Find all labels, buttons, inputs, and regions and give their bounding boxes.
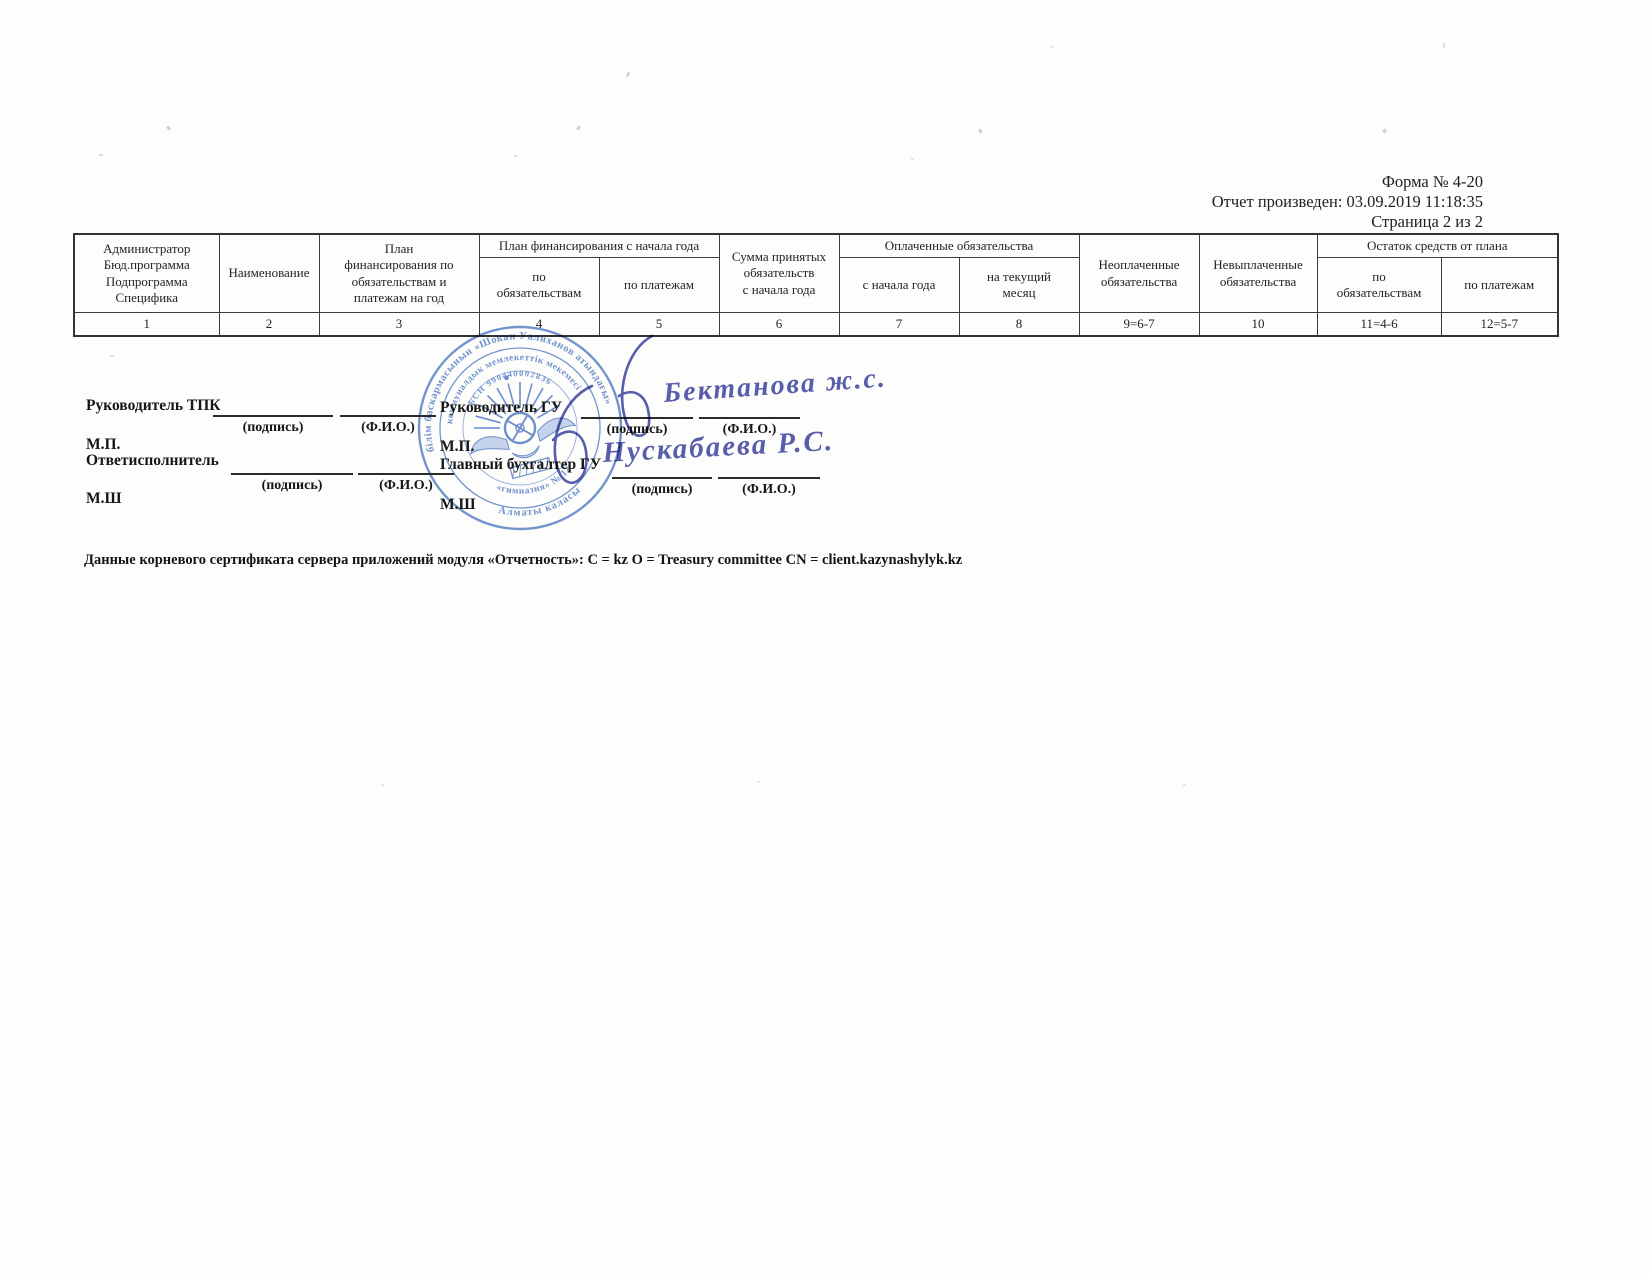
column-number-cell: 9=6-7 [1079, 313, 1199, 337]
scanned-report-page: Форма № 4-20 Отчет произведен: 03.09.201… [0, 0, 1650, 1275]
role-label-executor: Ответисполнитель [86, 452, 219, 470]
group-header-paid-obligations: Оплаченные обязательства [839, 234, 1079, 258]
signature-caption: (подпись) [231, 478, 353, 494]
group-header-plan-remainder: Остаток средств от плана [1317, 234, 1558, 258]
role-label-tpk-head: Руководитель ТПК [86, 397, 221, 415]
scan-speckle [514, 155, 517, 157]
signature-flourish-2 [553, 386, 592, 483]
group-header-plan-ytd: План финансирования с начала года [479, 234, 719, 258]
col-header-name: Наименование [219, 234, 319, 313]
page-number: Страница 2 из 2 [1212, 212, 1483, 232]
scan-speckle [978, 129, 983, 134]
column-number-cell: 10 [1199, 313, 1317, 337]
signature-flourish-1 [619, 336, 652, 436]
subcol-rest-by-obligations: по обязательствам [1317, 258, 1441, 313]
scan-speckle [99, 154, 103, 156]
column-number-cell: 1 [74, 313, 219, 337]
col-header-unpaid-obligations: Неоплаченные обязательства [1079, 234, 1199, 313]
handwritten-name-1: Бектанова ж.с. [661, 362, 887, 409]
subcol-rest-by-payments: по платежам [1441, 258, 1558, 313]
column-number-cell: 2 [219, 313, 319, 337]
form-number: Форма № 4-20 [1212, 172, 1483, 192]
column-number-cell: 12=5-7 [1441, 313, 1558, 337]
report-header: Форма № 4-20 Отчет произведен: 03.09.201… [1212, 172, 1483, 232]
scan-speckle [110, 355, 114, 357]
scan-speckle [381, 784, 384, 786]
scan-speckle [757, 781, 760, 783]
handwritten-signatures: Бектанова ж.с. Нускабаева Р.С. [420, 300, 980, 515]
handwritten-name-2: Нускабаева Р.С. [601, 425, 835, 469]
scan-speckle [1050, 46, 1053, 48]
scan-speckle [911, 158, 914, 160]
column-number-cell: 11=4-6 [1317, 313, 1441, 337]
seal-place-label: М.Ш [86, 490, 122, 508]
scan-speckle [1183, 784, 1186, 786]
scan-speckle [626, 72, 630, 77]
report-generated-timestamp: Отчет произведен: 03.09.2019 11:18:35 [1212, 192, 1483, 212]
col-header-undisbursed-obligations: Невыплаченные обязательства [1199, 234, 1317, 313]
signature-line [213, 415, 333, 417]
col-header-administrator: Администратор Бюд.программа Подпрограмма… [74, 234, 219, 313]
scan-speckle [576, 126, 581, 131]
signature-line [231, 473, 353, 475]
certificate-info-line: Данные корневого сертификата сервера при… [84, 552, 962, 569]
scan-speckle [1443, 43, 1445, 48]
scan-speckle [1382, 129, 1387, 134]
signature-caption: (подпись) [213, 420, 333, 436]
scan-speckle [166, 126, 171, 131]
